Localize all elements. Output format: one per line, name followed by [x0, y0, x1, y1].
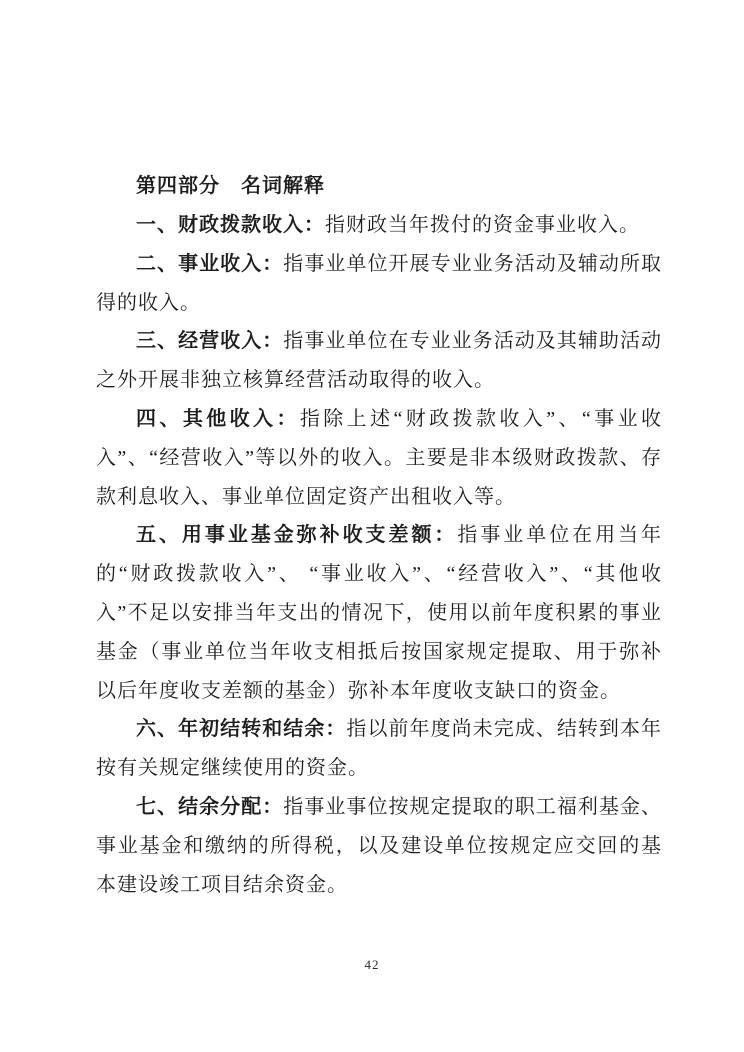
document-body: 第四部分 名词解释 一、财政拨款收入：指财政当年拨付的资金事业收入。二、事业收入…	[96, 166, 662, 904]
term-label: 一、财政拨款收入：	[136, 214, 325, 236]
definition-paragraph: 七、结余分配：指事业事位按规定提取的职工福利基金、事业基金和缴纳的所得税，以及建…	[96, 788, 662, 904]
definition-paragraph: 六、年初结转和结余：指以前年度尚未完成、结转到本年按有关规定继续使用的资金。	[96, 710, 662, 788]
term-label: 三、经营收入：	[136, 330, 283, 352]
term-label: 五、用事业基金弥补收支差额：	[136, 524, 457, 546]
definition-paragraph: 二、事业收入：指事业单位开展专业业务活动及辅动所取得的收入。	[96, 245, 662, 323]
definition-paragraph: 五、用事业基金弥补收支差额：指事业单位在用当年的“财政拨款收入”、 “事业收入”…	[96, 516, 662, 710]
page-footer: 42	[0, 956, 744, 974]
section-heading: 第四部分 名词解释	[96, 166, 662, 206]
definition-paragraph: 四、其他收入：指除上述“财政拨款收入”、“事业收入”、“经营收入”等以外的收入。…	[96, 400, 662, 516]
definitions-list: 一、财政拨款收入：指财政当年拨付的资金事业收入。二、事业收入：指事业单位开展专业…	[96, 206, 662, 904]
definition-paragraph: 三、经营收入：指事业单位在专业业务活动及其辅助活动之外开展非独立核算经营活动取得…	[96, 322, 662, 400]
document-page: 第四部分 名词解释 一、财政拨款收入：指财政当年拨付的资金事业收入。二、事业收入…	[0, 0, 744, 1052]
page-number: 42	[365, 957, 380, 972]
definition-paragraph: 一、财政拨款收入：指财政当年拨付的资金事业收入。	[96, 206, 662, 245]
term-label: 六、年初结转和结余：	[136, 718, 346, 740]
term-label: 四、其他收入：	[136, 408, 300, 430]
term-definition: 指财政当年拨付的资金事业收入。	[325, 214, 640, 236]
term-label: 二、事业收入：	[136, 253, 283, 275]
term-label: 七、结余分配：	[136, 796, 283, 818]
term-definition: 指事业单位在用当年的“财政拨款收入”、 “事业收入”、“经营收入”、“其他收入”…	[96, 524, 662, 701]
